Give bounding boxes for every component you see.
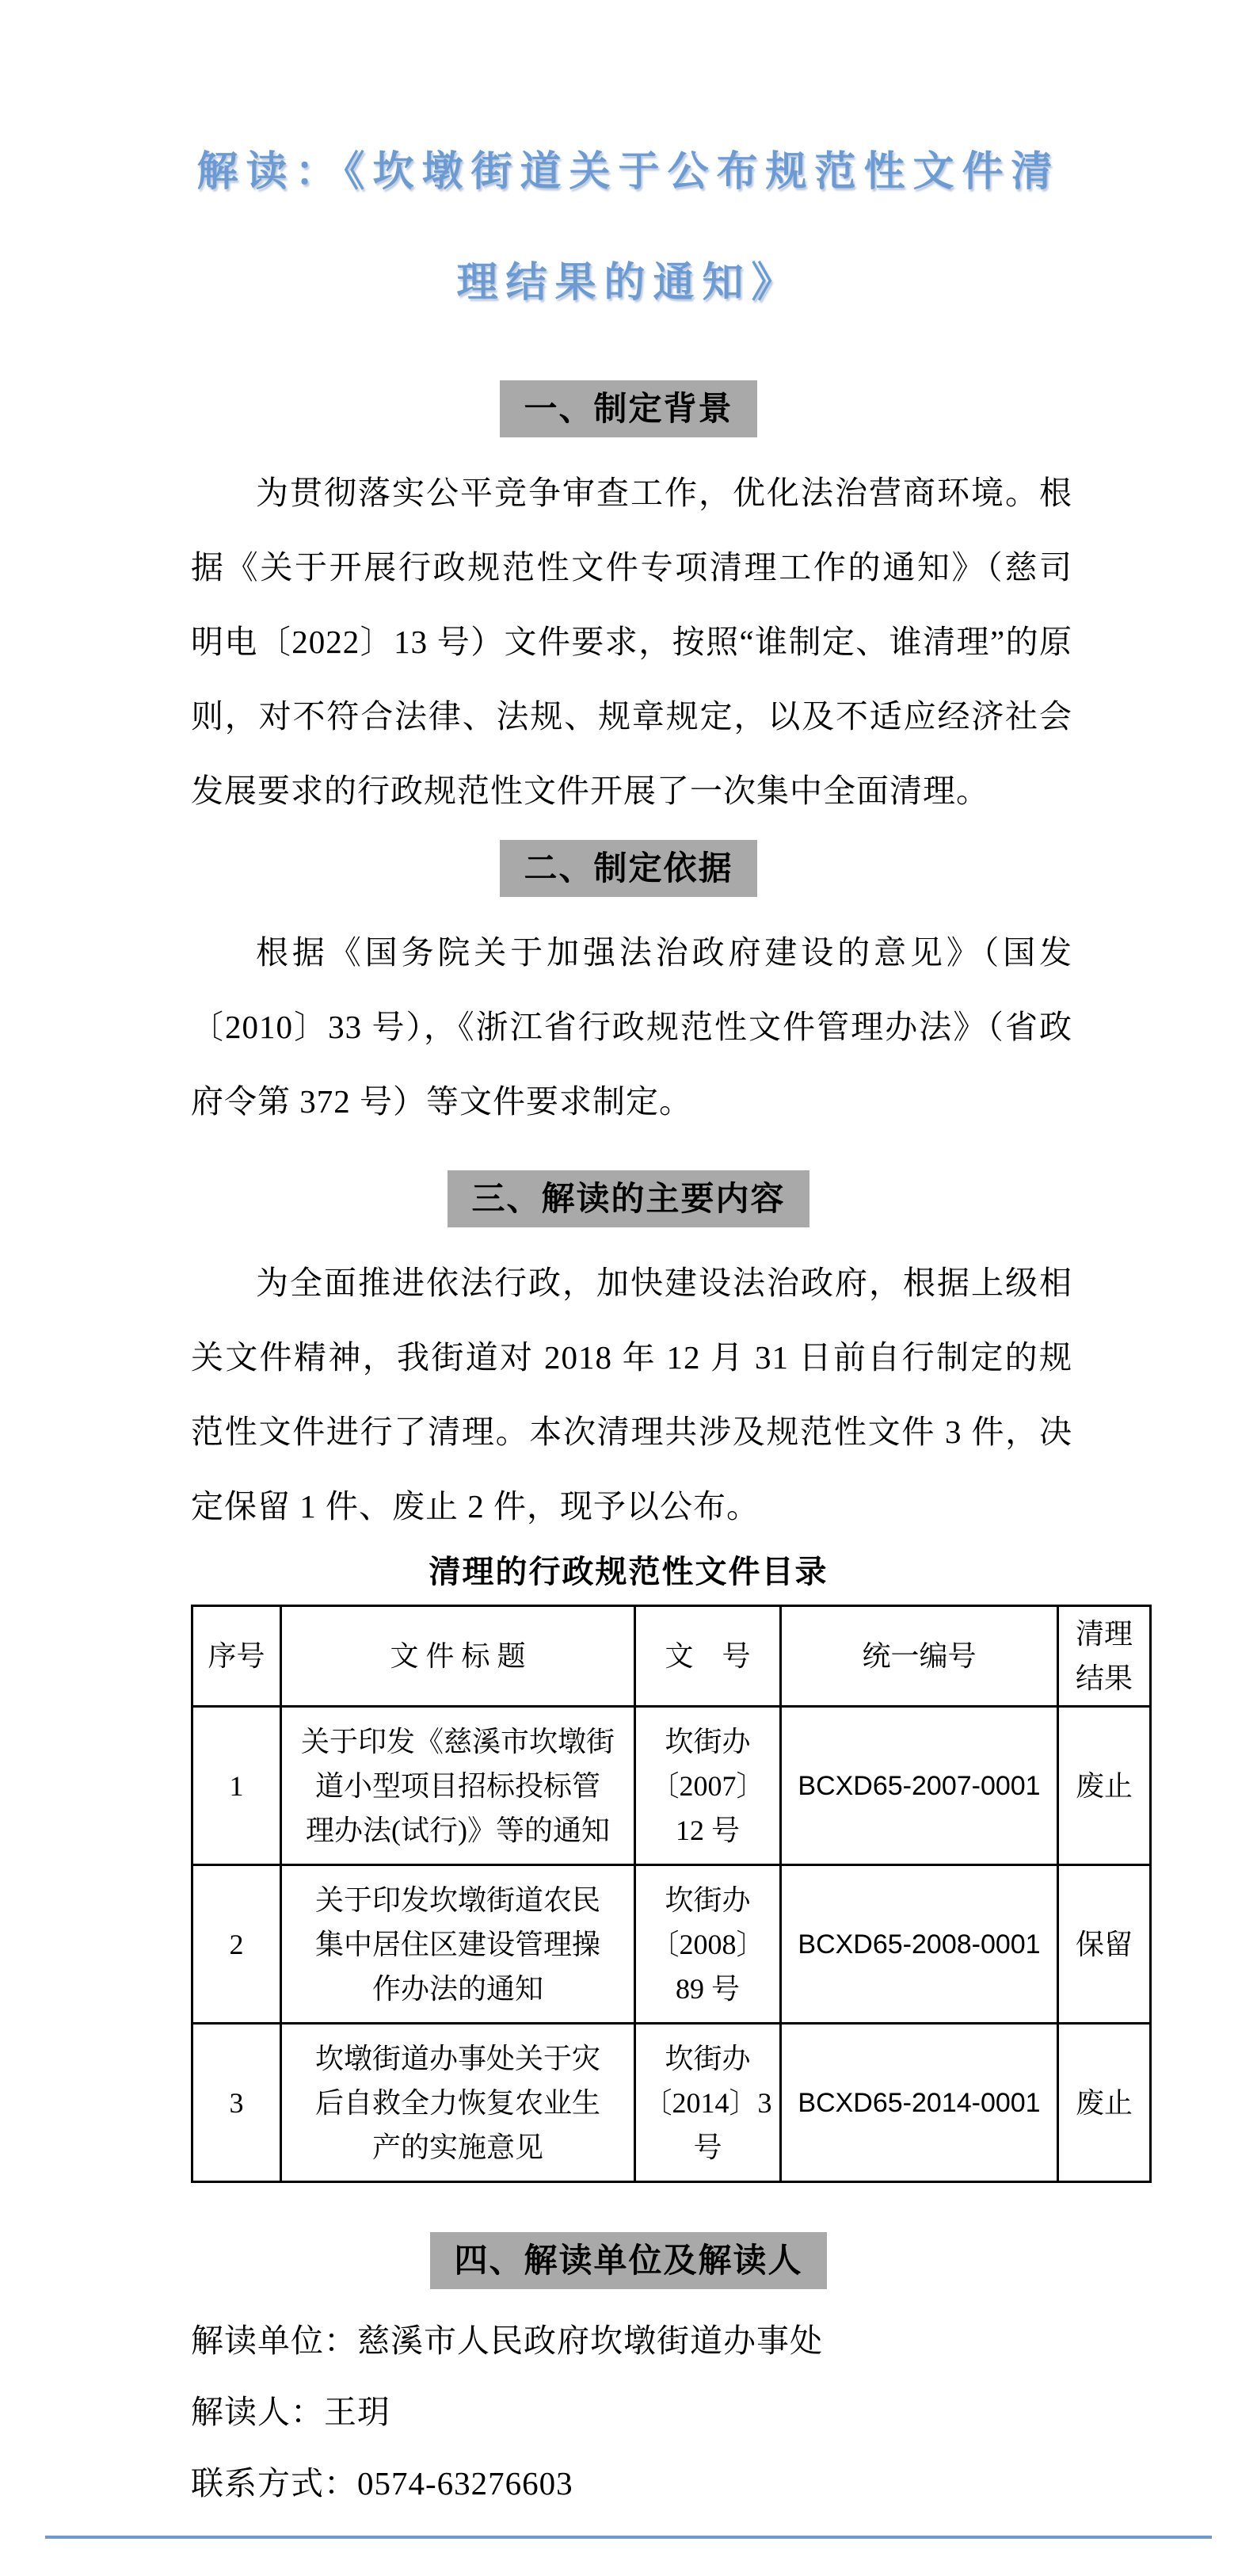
- cell-unified-code: BCXD65-2014-0001: [781, 2024, 1058, 2182]
- cell-doc-title: 关于印发《慈溪市坎墩街 道小型项目招标投标管 理办法(试行)》等的通知: [281, 1707, 635, 1865]
- cell-doc-title: 关于印发坎墩街道农民 集中居住区建设管理操 作办法的通知: [281, 1865, 635, 2024]
- table-row-2: 2 关于印发坎墩街道农民 集中居住区建设管理操 作办法的通知 坎街办 〔2008…: [192, 1865, 1151, 2024]
- cell-unified-code: BCXD65-2007-0001: [781, 1707, 1058, 1865]
- footer-info: 解读单位：慈溪市人民政府坎墩街道办事处 解读人：王玥 联系方式：0574-632…: [0, 2305, 1257, 2519]
- contact-line: 联系方式：0574-63276603: [191, 2448, 1257, 2519]
- table-row-3: 3 坎墩街道办事处关于灾 后自救全力恢复农业生 产的实施意见 坎街办 〔2014…: [192, 2024, 1151, 2182]
- col-header-unified-code: 统一编号: [781, 1606, 1058, 1707]
- cell-index: 3: [192, 2024, 281, 2182]
- section-heading-main-content: 三、解读的主要内容: [448, 1170, 809, 1227]
- section-2: 二、制定依据: [0, 840, 1257, 897]
- cell-doc-number: 坎街办 〔2008〕 89 号: [635, 1865, 781, 2024]
- table-title: 清理的行政规范性文件目录: [0, 1551, 1257, 1593]
- cell-doc-title: 坎墩街道办事处关于灾 后自救全力恢复农业生 产的实施意见: [281, 2024, 635, 2182]
- cell-unified-code: BCXD65-2008-0001: [781, 1865, 1058, 2024]
- cell-doc-number: 坎街办 〔2014〕3 号: [635, 2024, 781, 2182]
- col-header-result: 清理结果: [1058, 1606, 1151, 1707]
- interpret-person-line: 解读人：王玥: [191, 2376, 1257, 2448]
- cell-result: 废止: [1058, 1707, 1151, 1865]
- col-header-index: 序号: [192, 1606, 281, 1707]
- col-header-doc-number: 文 号: [635, 1606, 781, 1707]
- table-row-1: 1 关于印发《慈溪市坎墩街 道小型项目招标投标管 理办法(试行)》等的通知 坎街…: [192, 1707, 1151, 1865]
- section-heading-background: 一、制定背景: [500, 380, 756, 437]
- footer-divider: [45, 2536, 1212, 2539]
- section-paragraph-basis: 根据《国务院关于加强法治政府建设的意见》（国发〔2010〕33 号），《浙江省行…: [191, 915, 1072, 1139]
- table-header-row: 序号 文 件 标 题 文 号 统一编号 清理结果: [192, 1606, 1151, 1707]
- cell-result: 废止: [1058, 2024, 1151, 2182]
- section-heading-basis: 二、制定依据: [500, 840, 756, 897]
- cell-result: 保留: [1058, 1865, 1151, 2024]
- documents-table: 序号 文 件 标 题 文 号 统一编号 清理结果 1 关于印发《慈溪市坎墩街 道…: [191, 1605, 1152, 2183]
- section-paragraph-main-content: 为全面推进依法行政，加快建设法治政府，根据上级相关文件精神，我街道对 2018 …: [191, 1246, 1072, 1544]
- cell-index: 2: [192, 1865, 281, 2024]
- document-title: 解读：《坎墩街道关于公布规范性文件清 理结果的通知》: [0, 0, 1257, 339]
- document: 解读：《坎墩街道关于公布规范性文件清 理结果的通知》 一、制定背景 为贯彻落实公…: [0, 0, 1257, 2576]
- interpret-unit-line: 解读单位：慈溪市人民政府坎墩街道办事处: [191, 2305, 1257, 2376]
- section-paragraph-background: 为贯彻落实公平竞争审查工作，优化法治营商环境。根据《关于开展行政规范性文件专项清…: [191, 456, 1072, 828]
- cell-doc-number: 坎街办 〔2007〕 12 号: [635, 1707, 781, 1865]
- section-1: 一、制定背景: [0, 380, 1257, 437]
- cell-index: 1: [192, 1707, 281, 1865]
- document-title-line1: 解读：《坎墩街道关于公布规范性文件清: [0, 117, 1257, 228]
- document-title-line2: 理结果的通知》: [0, 228, 1257, 339]
- section-heading-interpret-unit: 四、解读单位及解读人: [430, 2232, 826, 2289]
- section-4: 四、解读单位及解读人: [0, 2232, 1257, 2289]
- col-header-doc-title: 文 件 标 题: [281, 1606, 635, 1707]
- section-3: 三、解读的主要内容: [0, 1170, 1257, 1227]
